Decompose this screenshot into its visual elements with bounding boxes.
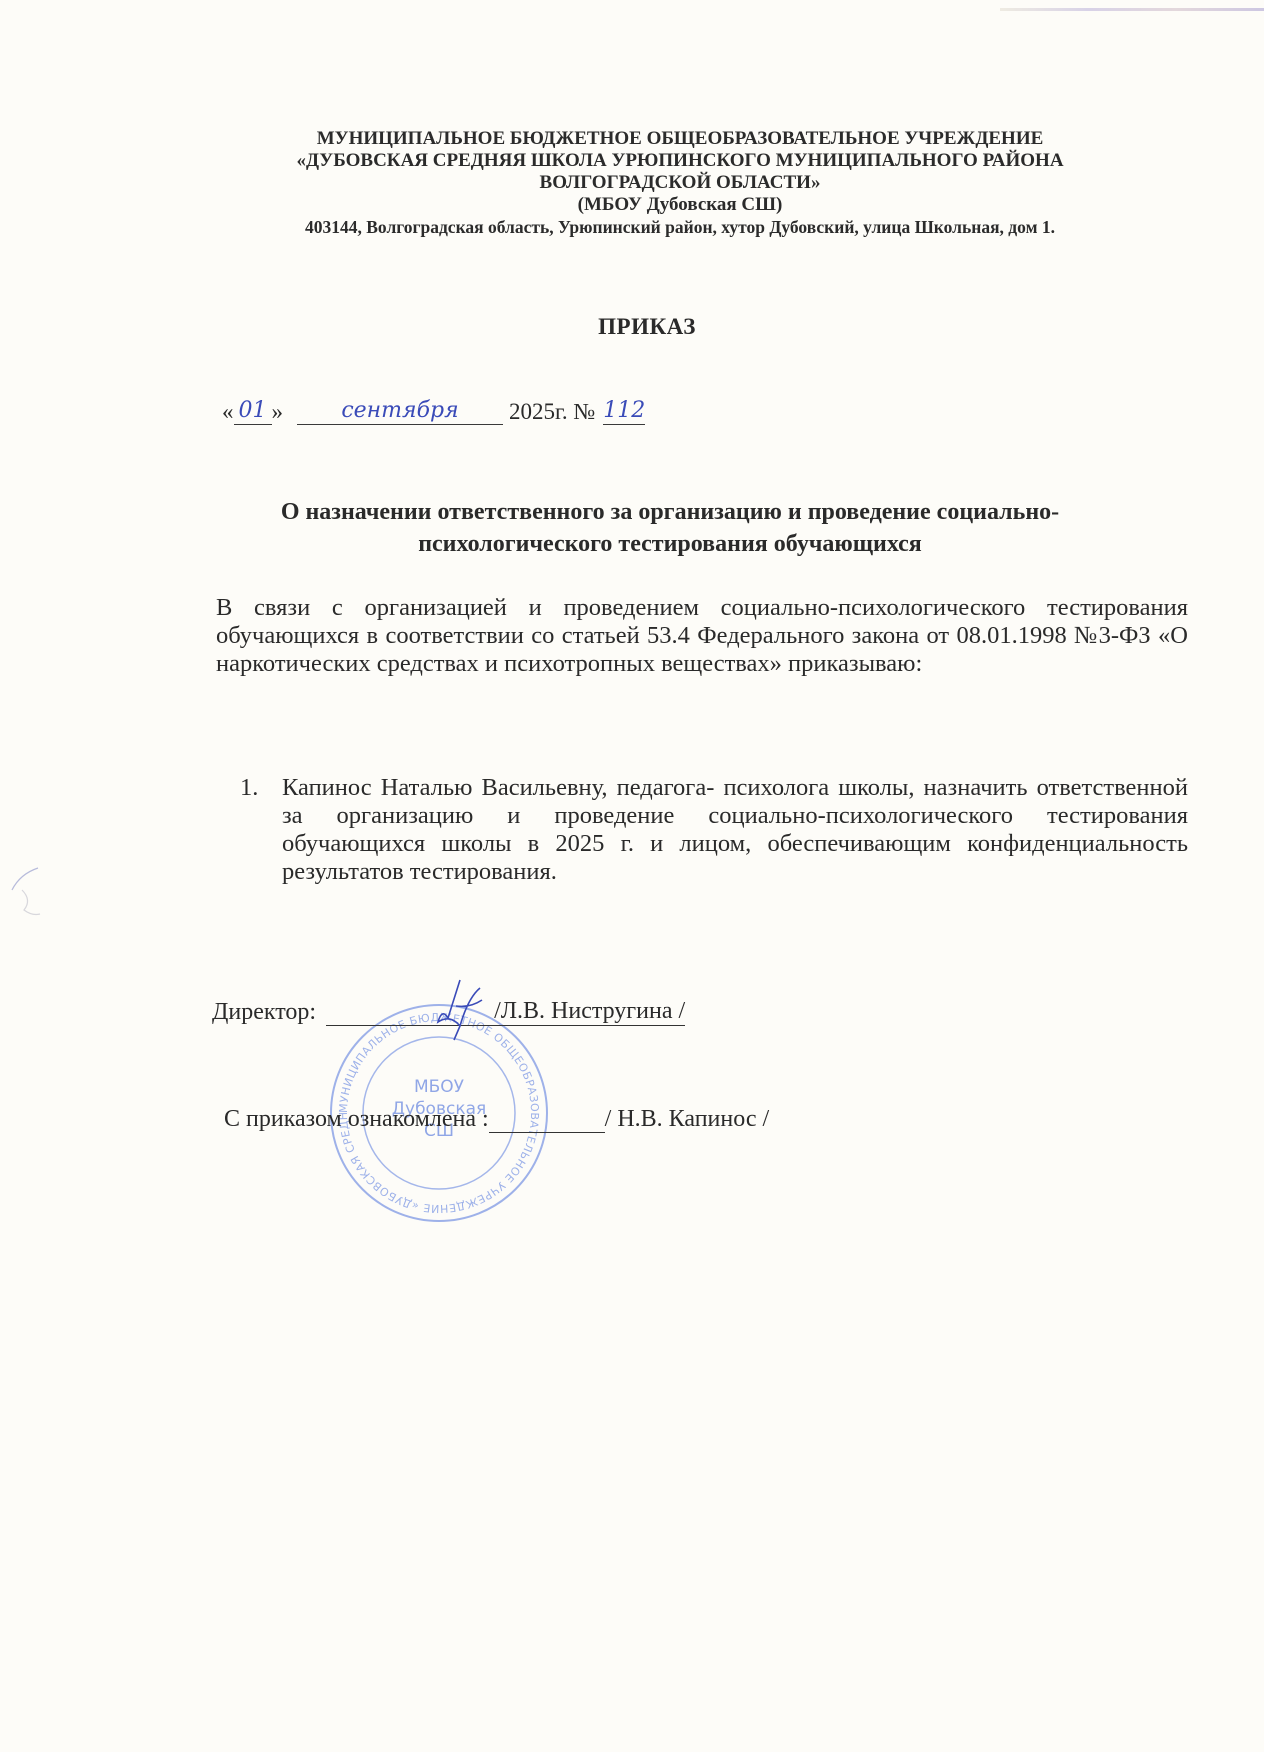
order-items-list: 1. Капинос Наталью Васильевну, педагога-…	[240, 774, 1188, 886]
margin-pencil-mark	[8, 860, 48, 920]
order-item: 1. Капинос Наталью Васильевну, педагога-…	[240, 774, 1188, 886]
subject-line-1: О назначении ответственного за организац…	[240, 496, 1100, 528]
item-number: 1.	[240, 774, 282, 886]
open-quote: «	[222, 399, 234, 425]
director-label: Директор:	[212, 999, 316, 1026]
institution-header: МУНИЦИПАЛЬНОЕ БЮДЖЕТНОЕ ОБЩЕОБРАЗОВАТЕЛЬ…	[220, 128, 1140, 238]
year-and-number-label: 2025г. №	[509, 399, 595, 425]
header-short-name: (МБОУ Дубовская СШ)	[220, 194, 1140, 216]
close-quote: »	[272, 399, 284, 425]
order-date-line: « 01 » сентября 2025г. № 112	[222, 398, 645, 425]
handwritten-day: 01	[234, 398, 272, 425]
header-address: 403144, Волгоградская область, Урюпински…	[220, 216, 1140, 238]
item-text: Капинос Наталью Васильевну, педагога- пс…	[282, 774, 1188, 886]
header-line-2: «ДУБОВСКАЯ СРЕДНЯЯ ШКОЛА УРЮПИНСКОГО МУН…	[220, 150, 1140, 172]
scan-edge-line	[1000, 8, 1264, 11]
stamp-center-line-1: МБОУ	[414, 1077, 465, 1097]
acknowledgement-name: / Н.В. Капинос /	[605, 1106, 769, 1133]
preamble-paragraph: В связи с организацией и проведением соц…	[216, 594, 1188, 678]
order-subject: О назначении ответственного за организац…	[200, 496, 1100, 560]
handwritten-month: сентября	[297, 398, 503, 425]
header-line-3: ВОЛГОГРАДСКОЙ ОБЛАСТИ»	[220, 172, 1140, 194]
header-line-1: МУНИЦИПАЛЬНОЕ БЮДЖЕТНОЕ ОБЩЕОБРАЗОВАТЕЛЬ…	[220, 128, 1140, 150]
handwritten-order-number: 112	[603, 398, 645, 425]
document-title: ПРИКАЗ	[0, 314, 1264, 340]
director-name: /Л.В. Нистругина /	[494, 998, 685, 1026]
acknowledgement-row: С приказом ознакомлена : / Н.В. Капинос …	[224, 1106, 769, 1133]
acknowledgement-label: С приказом ознакомлена :	[224, 1106, 489, 1133]
director-handwritten-signature	[420, 978, 490, 1048]
acknowledgement-signature-line	[489, 1108, 605, 1133]
subject-line-2: психологического тестирования обучающихс…	[240, 528, 1100, 560]
